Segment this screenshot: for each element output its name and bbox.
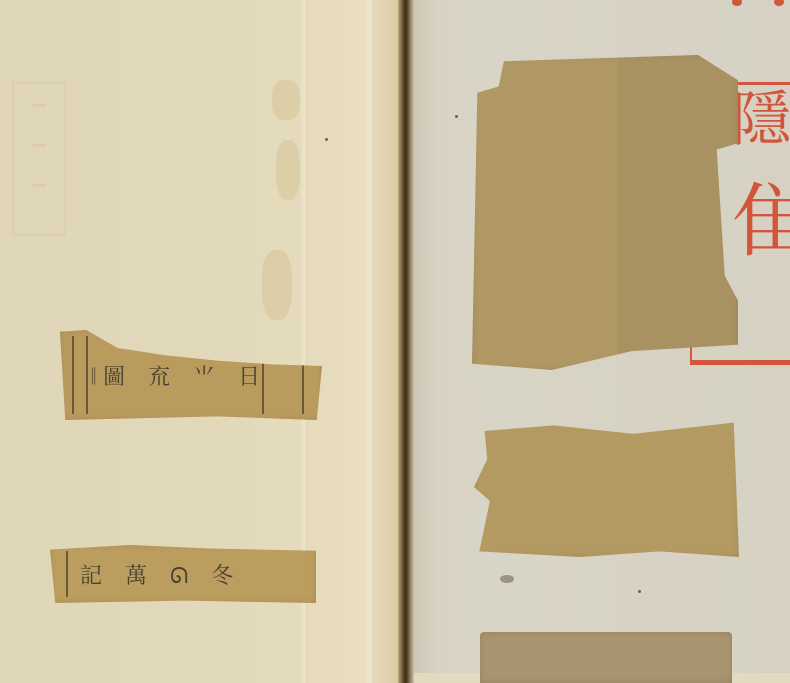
blank-fragment-large: [472, 55, 738, 370]
fragment-text: 記 萬 ᘏ 冬: [80, 559, 241, 590]
blank-fragment-middle: [474, 417, 739, 557]
book-gutter: [398, 0, 414, 683]
column-rule: [66, 551, 68, 597]
left-page: 𝄁圖 㐬 ⺌ 日 記 萬 ᘏ 冬: [0, 0, 400, 683]
water-stain: [262, 250, 292, 320]
seal-character: 隱: [732, 90, 790, 150]
column-rule: [72, 336, 74, 414]
speck: [638, 590, 641, 593]
faded-seal-mark: [12, 82, 66, 236]
blank-fragment-bottom: [480, 632, 732, 683]
water-stain: [272, 80, 300, 120]
inner-margin: [414, 0, 440, 683]
speck: [325, 138, 328, 141]
water-stain: [276, 140, 300, 200]
page-crease: [365, 0, 375, 683]
text-fragment-1: 𝄁圖 㐬 ⺌ 日: [60, 330, 322, 420]
column-rule: [86, 336, 88, 414]
text-fragment-2: 記 萬 ᘏ 冬: [50, 545, 316, 603]
fragment-shade: [618, 55, 738, 370]
speck: [455, 115, 458, 118]
fragment-text: 𝄁圖 㐬 ⺌ 日: [92, 360, 268, 391]
speck: [500, 575, 514, 583]
seal-character: 隹: [732, 182, 790, 262]
